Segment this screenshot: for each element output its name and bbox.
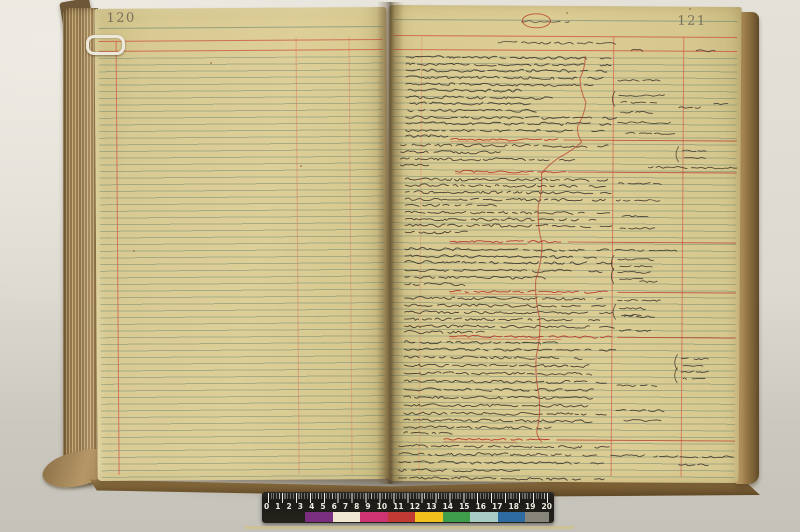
ruler-number: 7 (343, 502, 348, 511)
ruler-number: 14 (443, 502, 453, 511)
color-patch (443, 512, 471, 522)
ruler-number: 17 (492, 502, 502, 511)
book-gutter-shadow (377, 2, 404, 484)
ruler-number: 6 (332, 502, 337, 511)
ruler-number: 1 (275, 502, 280, 511)
foxing-speck (210, 62, 212, 64)
ruler-number: 11 (393, 502, 403, 511)
ruler-number: 3 (298, 502, 303, 511)
ruled-lines (391, 56, 738, 480)
foxing-speck (133, 250, 135, 252)
ruled-line (98, 26, 382, 29)
script-stroke (521, 21, 569, 23)
ruler-number: 4 (309, 502, 314, 511)
color-patch (360, 512, 388, 522)
ruler-number: 0 (264, 502, 269, 511)
ruler-number: 19 (525, 502, 535, 511)
foxing-speck (689, 8, 691, 10)
scale-card-edge (244, 526, 574, 529)
ruler-number: 13 (426, 502, 436, 511)
measuring-scale: 01234567891011121314151617181920 (262, 492, 554, 523)
color-patch (498, 512, 526, 522)
ruler-number: 15 (459, 502, 469, 511)
ruler-number: 9 (365, 502, 370, 511)
foxing-speck (508, 216, 510, 218)
ruler-number: 5 (320, 502, 325, 511)
script-stroke (498, 41, 615, 44)
color-patch (470, 512, 498, 522)
ruler-number: 12 (410, 502, 420, 511)
color-patch (333, 512, 361, 522)
ruler-numbers: 01234567891011121314151617181920 (264, 502, 552, 511)
photo-of-open-ledger: 120 121 01234567891011121314151617181920 (0, 0, 800, 532)
red-header-rule (393, 49, 737, 52)
foxing-speck (566, 12, 568, 14)
page-number-left: 120 (106, 11, 135, 26)
ruler-color-patches (305, 512, 525, 522)
book-left-page-stack-edge (63, 8, 98, 484)
ruler-number: 16 (476, 502, 486, 511)
red-header-rule (393, 35, 737, 38)
foxing-speck (300, 165, 302, 167)
red-header-rule (99, 39, 383, 42)
ruler-number: 10 (377, 502, 387, 511)
ruler-number: 20 (542, 502, 552, 511)
ruler-number: 2 (287, 502, 292, 511)
paper-clip (86, 35, 125, 55)
color-patch (415, 512, 443, 522)
right-page: 121 (387, 5, 742, 483)
page-number-right: 121 (677, 14, 706, 29)
color-patch (388, 512, 416, 522)
ruled-lines (99, 56, 386, 478)
red-header-rule (99, 49, 383, 52)
ruler-number: 18 (509, 502, 519, 511)
left-page: 120 (94, 7, 389, 481)
ruler-number: 8 (354, 502, 359, 511)
color-patch (305, 512, 333, 522)
ruler-gray-tail (525, 512, 549, 522)
